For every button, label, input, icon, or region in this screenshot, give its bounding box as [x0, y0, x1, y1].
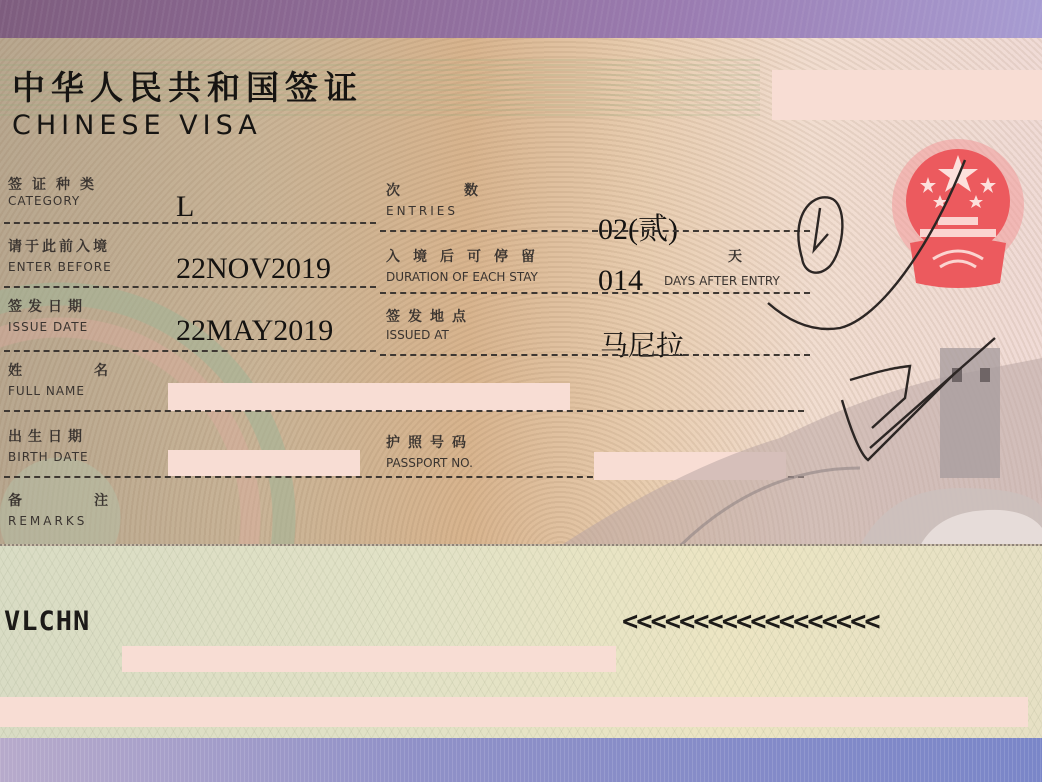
passport-page-top-strip	[0, 0, 1042, 42]
issued-at-label-en: ISSUED AT	[386, 328, 449, 342]
category-value: L	[176, 190, 194, 224]
visa-title-chinese: 中华人民共和国签证	[12, 62, 363, 109]
great-wall-artwork-icon	[560, 318, 1042, 546]
remarks-label-cn: 备注	[8, 490, 180, 510]
enter-before-label-cn: 请于此前入境	[8, 236, 110, 256]
enter-before-label-en: ENTER BEFORE	[8, 260, 112, 274]
category-label-en: CATEGORY	[8, 194, 80, 208]
duration-unit-en: DAYS AFTER ENTRY	[664, 274, 780, 288]
birth-date-label-en: BIRTH DATE	[8, 450, 89, 464]
redacted-mrz-line2	[0, 697, 1028, 727]
issue-date-value: 22MAY2019	[176, 314, 333, 348]
birth-date-label-cn: 出生日期	[8, 426, 88, 446]
category-label-cn: 签证种类	[8, 174, 104, 194]
duration-label-en: DURATION OF EACH STAY	[386, 270, 538, 284]
mrz-line1-filler: <<<<<<<<<<<<<<<<<<	[622, 606, 879, 637]
dashed-rule	[4, 350, 376, 352]
entries-label-cn: 次数	[386, 180, 542, 200]
visa-upper-zone: 中华人民共和国签证 CHINESE VISA 签证种类 CATEGORY L 请…	[0, 38, 1042, 546]
visa-title-english: CHINESE VISA	[12, 110, 262, 141]
full-name-label-en: FULL NAME	[8, 384, 85, 398]
issued-at-label-cn: 签发地点	[386, 306, 474, 326]
duration-unit-cn: 天	[728, 246, 742, 266]
duration-label-cn: 入境后可停留	[386, 246, 548, 266]
redacted-mrz-line1	[122, 646, 616, 672]
passport-page-bottom-strip	[0, 738, 1042, 782]
enter-before-value: 22NOV2019	[176, 252, 331, 286]
issue-date-label-en: ISSUE DATE	[8, 320, 88, 334]
entries-value: 02(贰)	[598, 204, 678, 248]
dashed-rule	[380, 230, 810, 232]
redacted-top-right	[772, 70, 1042, 120]
dashed-rule	[4, 286, 376, 288]
remarks-label-en: REMARKS	[8, 514, 87, 528]
dashed-rule	[380, 292, 810, 294]
redacted-birth-date	[168, 450, 360, 476]
full-name-label-cn: 姓名	[8, 360, 180, 380]
passport-no-label-cn: 护照号码	[386, 432, 474, 452]
dashed-rule	[4, 222, 376, 224]
mrz-line1-prefix: VLCHN	[4, 606, 90, 637]
visa-sticker: 中华人民共和国签证 CHINESE VISA 签证种类 CATEGORY L 请…	[0, 38, 1042, 740]
passport-no-label-en: PASSPORT NO.	[386, 456, 473, 470]
issue-date-label-cn: 签发日期	[8, 296, 88, 316]
entries-label-en: ENTRIES	[386, 204, 458, 218]
redacted-full-name	[168, 383, 570, 411]
national-emblem-icon	[888, 133, 1028, 298]
